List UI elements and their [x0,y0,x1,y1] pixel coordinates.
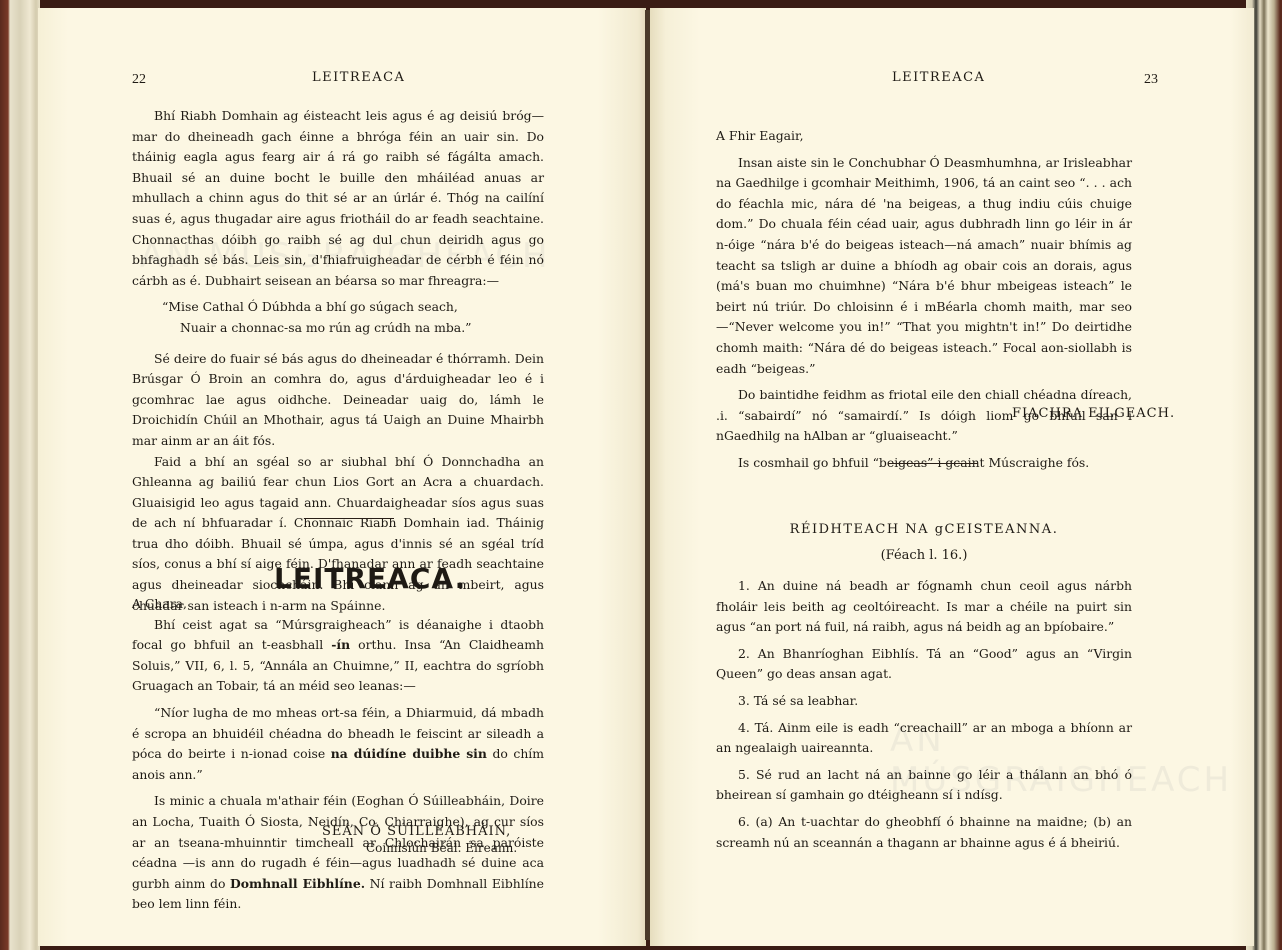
letter-quote: “Níor lugha de mo mheas ort-sa féin, a D… [132,703,544,785]
answer-item: 2. An Bhanríoghan Eibhlís. Tá an “Good” … [716,644,1132,685]
letter-paragraph: Insan aiste sin le Conchubhar Ó Deasmhum… [716,153,1132,380]
story-text: Bhí Riabh Domhain ag éisteacht leis agus… [132,106,544,616]
story-paragraph: Bhí Riabh Domhain ag éisteacht leis agus… [132,106,544,291]
answers-list: 1. An duine ná beadh ar fógnamh chun ceo… [716,576,1132,859]
page-number: 22 [132,72,146,88]
answer-item: 6. (a) An t-uachtar do gheobhfí ó bhainn… [716,812,1132,853]
answers-subtitle: (Féach l. 16.) [716,548,1132,563]
story-paragraph: Sé deire do fuair sé bás agus do dheinea… [132,349,544,452]
page-number: 23 [1144,72,1158,88]
answer-item: 1. An duine ná beadh ar fógnamh chun ceo… [716,576,1132,638]
salutation: A Chara, [132,594,544,615]
signature-title: Coimisiún Béal. Éireann. [366,841,517,855]
verse-line: “Mise Cathal Ó Dúbhda a bhí go súgach se… [162,297,544,318]
letter-text: A Chara, Bhí ceist agat sa “Múrsgraighea… [132,594,544,915]
section-title: LEITREACA. [274,562,466,595]
section-divider [304,518,394,519]
running-head: LEITREACA [892,70,985,85]
verse-line: Nuair a chonnac-sa mo rún ag crúdh na mb… [162,318,544,339]
letter-text: A Fhir Eagair, Insan aiste sin le Conchu… [716,126,1132,474]
answer-item: 4. Tá. Ainm eile is eadh “creachaill” ar… [716,718,1132,759]
book-cover-left-edge [0,0,40,950]
answers-title: RÉIDHTEACH NA gCEISTEANNA. [716,522,1132,537]
answer-item: 3. Tá sé sa leabhar. [716,691,1132,712]
signature-name: SEÁN Ó SÚILLEABHÁIN, [322,824,511,839]
signature: FIACHRA EILGEACH. [1012,406,1175,421]
right-page: LEITREACA 23 A Fhir Eagair, Insan aiste … [650,8,1254,946]
salutation: A Fhir Eagair, [716,126,1132,147]
section-divider [888,463,978,464]
letter-paragraph: Bhí ceist agat sa “Múrsgraigheach” is dé… [132,615,544,697]
answer-item: 5. Sé rud an lacht ná an bainne go léir … [716,765,1132,806]
left-page: 22 LEITREACA AN MÚSGRAIGHEACH Bhí Riabh … [38,8,646,946]
verse: “Mise Cathal Ó Dúbhda a bhí go súgach se… [162,297,544,338]
running-head: LEITREACA [312,70,405,85]
